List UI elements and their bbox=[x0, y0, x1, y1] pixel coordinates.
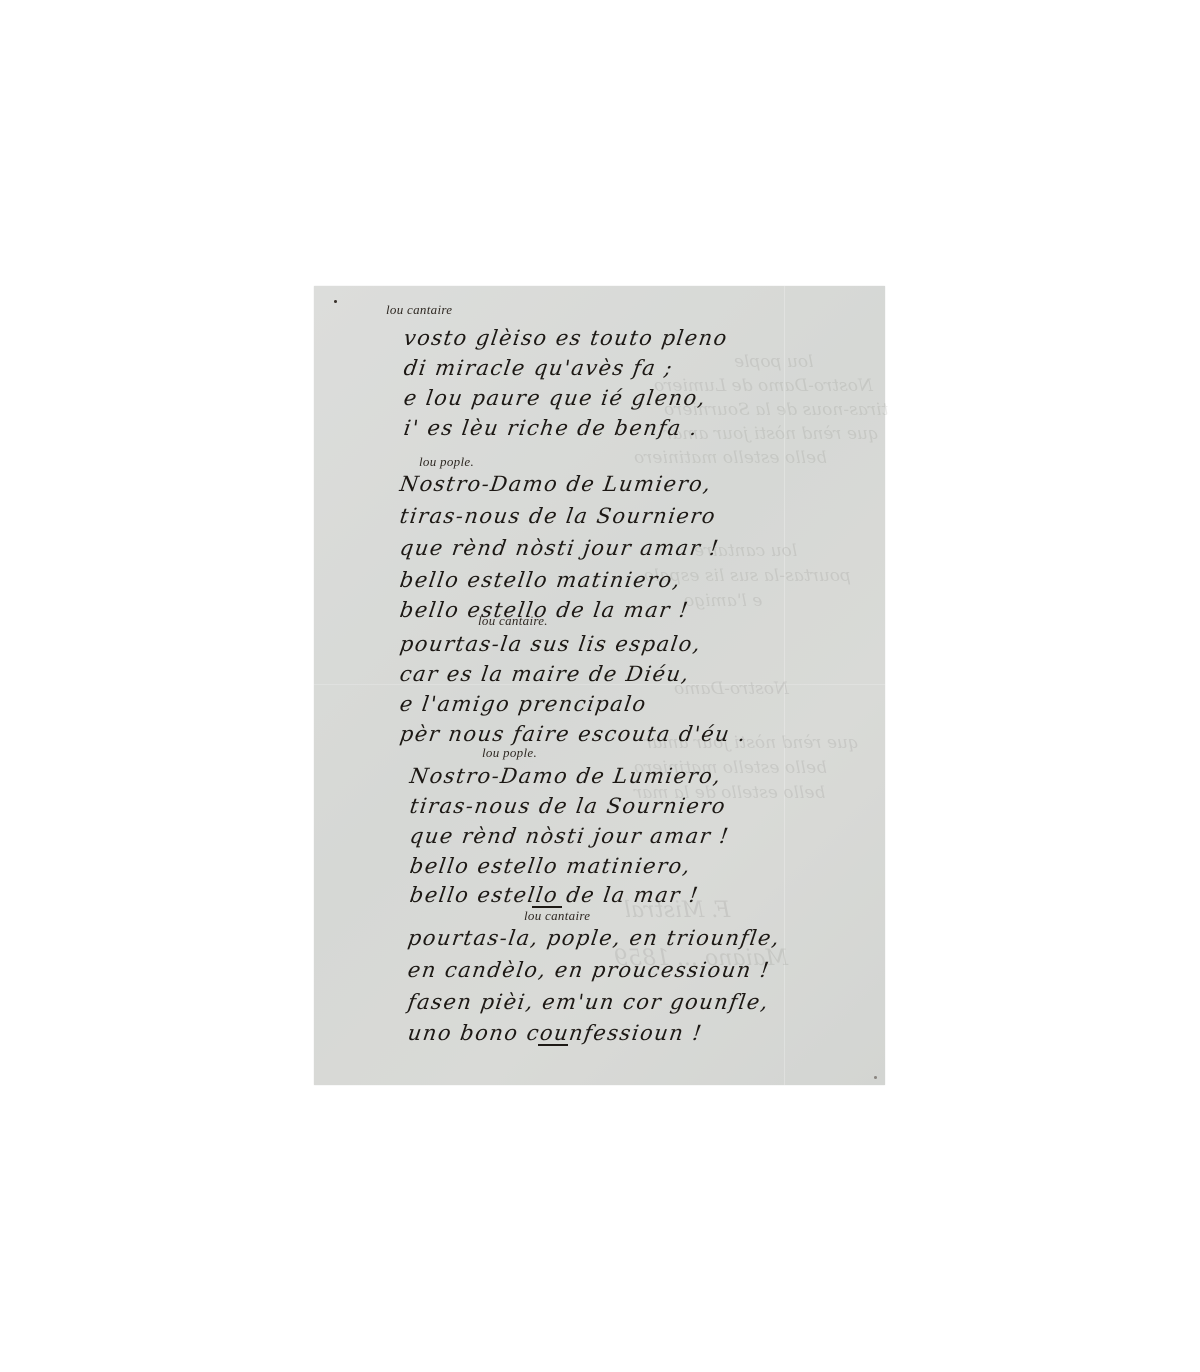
verse-line: Nostro-Damo de Lumiero, bbox=[408, 764, 723, 788]
bleed-through-text: Nostro-Damo bbox=[674, 679, 789, 699]
verse-line: tiras-nous de la Sourniero bbox=[398, 504, 718, 528]
bleed-through-text: lou pople bbox=[734, 352, 814, 372]
verse-line: uno bono counfessioun ! bbox=[406, 1021, 704, 1045]
verse-line: bello estello de la mar ! bbox=[408, 883, 700, 907]
speaker-label: lou cantaire bbox=[524, 908, 590, 924]
verse-line: e lou paure que ié gleno, bbox=[402, 386, 707, 410]
speaker-label: lou pople. bbox=[419, 454, 474, 470]
bleed-through-text: e l'amigo bbox=[684, 591, 762, 611]
ink-speck bbox=[874, 1076, 877, 1079]
manuscript-page: lou pople Nostro-Damo de Lumiero tiras-n… bbox=[314, 286, 885, 1085]
bleed-through-text: bello estello matiniero bbox=[634, 448, 827, 468]
ink-speck bbox=[334, 300, 337, 303]
verse-line: pèr nous faire escouta d'éu . bbox=[398, 722, 748, 746]
verse-line: que rènd nòsti jour amar ! bbox=[408, 824, 731, 848]
closing-rule bbox=[538, 1044, 568, 1046]
speaker-label: lou pople. bbox=[482, 745, 537, 761]
verse-line: que rènd nòsti jour amar ! bbox=[398, 536, 721, 560]
speaker-label: lou cantaire. bbox=[478, 613, 548, 629]
verse-line: car es la maire de Diéu, bbox=[398, 662, 691, 686]
verse-line: tiras-nous de la Sourniero bbox=[408, 794, 728, 818]
verse-line: bello estello matiniero, bbox=[398, 568, 682, 592]
verse-line: fasen pièi, em'un cor gounfle, bbox=[406, 990, 770, 1014]
verse-line: pourtas-la sus lis espalo, bbox=[398, 632, 703, 656]
speaker-label: lou cantaire bbox=[386, 302, 452, 318]
verse-line: di miracle qu'avès fa ; bbox=[402, 356, 675, 380]
verse-line: i' es lèu riche de benfa . bbox=[402, 416, 699, 440]
verse-line: vosto glèiso es touto pleno bbox=[402, 326, 729, 350]
verse-line: e l'amigo prencipalo bbox=[398, 692, 648, 716]
verse-line: bello estello matiniero, bbox=[408, 854, 692, 878]
verse-line: pourtas-la, pople, en triounfle, bbox=[406, 926, 782, 950]
verse-line: Nostro-Damo de Lumiero, bbox=[398, 472, 713, 496]
verse-line: en candèlo, en proucessioun ! bbox=[406, 958, 771, 982]
